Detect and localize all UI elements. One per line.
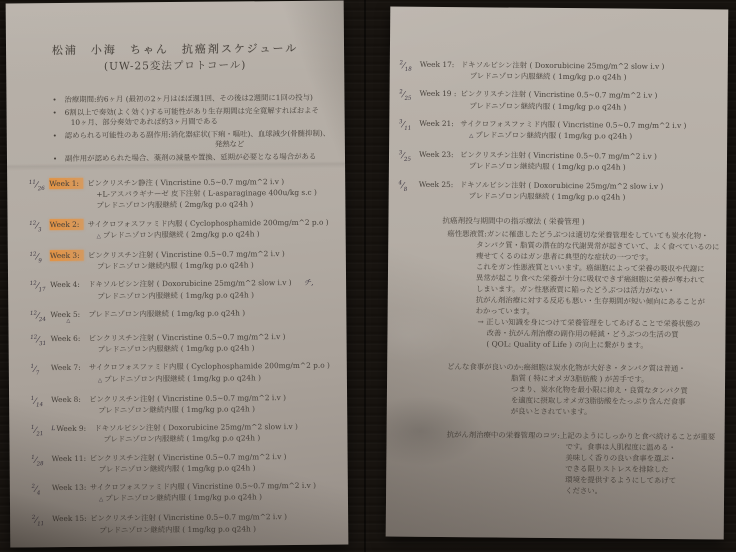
week-lines: ビンクリスチン注射 ( Vincristine 0.5~0.7 mg/m^2 i…	[90, 450, 334, 475]
handwritten-date: 12⁄9	[29, 248, 50, 268]
handwritten-date: 12⁄17	[29, 278, 50, 298]
week-entry-1: 11⁄26Week 1:ビンクリスチン静注 ( Vincristine 0.5~…	[29, 176, 331, 212]
week-line: △プレドニゾロン内服継続 ( 1mg/kg p.o q24h )	[98, 371, 333, 386]
week-label: Week 21:	[419, 118, 456, 130]
treatment-overview-bullets: •治療期間:約6ヶ月 (最初の2ヶ月はほぼ週1回、その後は2週間に1回の投与)•…	[52, 93, 331, 164]
week-label: Week 5:△	[50, 309, 84, 320]
week-line: プレドニゾロン継続内服 ( 1mg/kg p.o q24h )	[469, 100, 719, 113]
cancer-cachexia-paragraph: 癌性悪液質:ガンに罹患したどうぶつは適切な栄養管理をしていても炭水化物・タンパク…	[446, 228, 718, 351]
recommended-diet-paragraph: どんな食事が良いのか:癌細胞は炭水化物が大好き・タンパク質は普通・脂質 ( 特に…	[447, 361, 717, 418]
week-entry-3: 12⁄9Week 3:ビンクリスチン注射 ( Vincristine 0.5~0…	[30, 248, 332, 273]
week-entry-19: 2⁄25Week 19 :ビンクリスチン注射 ( Vincristine 0.5…	[399, 88, 719, 113]
week-label: Week 9:	[56, 423, 90, 434]
week-lines: ドキソルビシン注射 ( Doxorubicine 25mg/m^2 slow i…	[460, 179, 719, 204]
week-entry-4: 12⁄17Week 4:ドキソルビシン注射 ( Doxorubicine 25m…	[30, 277, 332, 302]
week-line: プレドニゾロン継続内服 ( 1mg/kg p.o q24h )	[97, 259, 332, 272]
week-line: サイクロフォスファミド内服 ( Cyclophosphamide 200mg/m…	[89, 360, 333, 373]
week-label: Week 1:	[49, 178, 83, 189]
bullet-text: 副作用が認められた場合、薬剤の減量や置換、延期が必要となる場合がある	[65, 151, 316, 164]
week-entry-11: 1⁄28Week 11:ビンクリスチン注射 ( Vincristine 0.5~…	[32, 450, 334, 475]
bullet-text: 6割以上で奏効(よく効く)する可能性があり生存期間は完全寛解すればおよそ10ヶ月…	[65, 105, 320, 128]
schedule-weeks-1-to-15: 11⁄26Week 1:ビンクリスチン静注 ( Vincristine 0.5~…	[29, 176, 334, 536]
week-label: Week 4:	[50, 279, 84, 290]
week-line: プレドニゾロン継続内服 ( 1mg/kg p.o q24h )	[99, 522, 334, 535]
bullet-dot: •	[53, 153, 65, 164]
left-page: 松浦 小海 ちゃん 抗癌剤スケジュール (UW-25変法プロトコール) •治療期…	[6, 1, 349, 548]
table-seam-line	[364, 0, 366, 552]
handwritten-date: 12⁄3	[29, 217, 50, 237]
nutrition-line: ください。	[565, 485, 716, 497]
bullet-dot: •	[52, 95, 64, 106]
week-label: Week 19 :	[420, 88, 457, 100]
document-title: 松浦 小海 ちゃん 抗癌剤スケジュール	[20, 43, 330, 58]
handwritten-date: 1⁄7	[30, 361, 51, 381]
bullet-line-2: 発熱など	[215, 139, 330, 151]
handwritten-triangle-mark: △	[99, 497, 103, 503]
week-label: Week 3:	[50, 250, 84, 261]
nutrition-line: が良いとされています。	[511, 406, 717, 419]
week-label: Week 6:	[51, 333, 85, 344]
bullet-line-2: 10ヶ月、部分奏効であれば約3ヶ月間である	[71, 116, 319, 129]
week-entry-23: 3⁄25Week 23:ビンクリスチン注射 ( Vincristine 0.5~…	[399, 149, 719, 174]
week-lines: ビンクリスチン注射 ( Vincristine 0.5~0.7 mg/m^2 i…	[90, 511, 334, 536]
week-entry-6: 12⁄31Week 6:ビンクリスチン注射 ( Vincristine 0.5~…	[31, 331, 333, 356]
bullet-text: 治療期間:約6ヶ月 (最初の2ヶ月はほぼ週1回、その後は2週間に1回の投与)	[64, 93, 313, 106]
bullet-line: 治療期間:約6ヶ月 (最初の2ヶ月はほぼ週1回、その後は2週間に1回の投与)	[64, 93, 313, 106]
week-line: プレドニゾロン内服継続 ( 1mg/kg p.o q24h )	[97, 288, 332, 301]
handwritten-date: 3⁄11	[399, 116, 420, 135]
right-page: 2⁄18Week 17:ドキソルビシン注射 ( Doxorubicine 25m…	[386, 7, 729, 540]
handwritten-triangle-mark: △	[97, 233, 101, 239]
photographed-documents-scene: 松浦 小海 ちゃん 抗癌剤スケジュール (UW-25変法プロトコール) •治療期…	[0, 0, 736, 552]
week-entry-21: 3⁄11Week 21:サイクロフォスファミド内服 ( Vincristine …	[399, 117, 719, 144]
week-label: Week 25:	[419, 178, 456, 190]
week-label: Week 13:	[52, 482, 86, 493]
bullet-item: •認められる可能性のある副作用:消化器症状(下痢・嘔吐)、血球減少(骨髄抑制)、…	[53, 128, 331, 151]
handwritten-date: 4⁄8	[398, 177, 419, 196]
week-entry-2: 12⁄3Week 2:サイクロフォスファミド内服 ( Cyclophospham…	[30, 216, 332, 243]
bullet-line: 副作用が認められた場合、薬剤の減量や置換、延期が必要となる場合がある	[65, 151, 316, 164]
week-lines: サイクロフォスファミド内服 ( Cyclophosphamide 200mg/m…	[89, 360, 333, 387]
nutrition-section-heading: 抗癌剤投与期間中の指示療法 ( 栄養管理 )	[442, 215, 718, 228]
handwritten-note: チ,	[304, 278, 314, 287]
week-lines: ビンクリスチン注射 ( Vincristine 0.5~0.7 mg/m^2 i…	[88, 248, 332, 273]
week-line: プレドニゾロン内服継続 ( 2mg/kg p.o q24h )	[96, 198, 331, 211]
week-line: △プレドニゾロン内服継続 ( 2mg/kg p.o q24h )	[97, 227, 332, 242]
bullet-dot: •	[53, 107, 65, 128]
week-lines: ビンクリスチン注射 ( Vincristine 0.5~0.7 mg/m^2 i…	[89, 391, 333, 416]
week-lines: ドキソルビシン注射 ( Doxorubicine 25mg/m^2 slow i…	[461, 59, 720, 84]
handwritten-triangle-mark: △	[469, 133, 473, 139]
week-label: Week 2:	[50, 218, 84, 229]
week-entry-9: 1⁄21LWeek 9:ドキソルビシン注射 ( Doxorubicine 25m…	[31, 421, 333, 446]
week-entry-17: 2⁄18Week 17:ドキソルビシン注射 ( Doxorubicine 25m…	[400, 59, 720, 84]
week-line: プレドニゾロン内服継続 ( 1mg/kg p.o q24h )	[98, 342, 333, 355]
handwritten-mark: L	[51, 423, 55, 434]
week-lines: プレドニゾロン内服継続 ( 1mg/kg p.o q24h )	[88, 306, 332, 319]
bullet-item: •治療期間:約6ヶ月 (最初の2ヶ月はほぼ週1回、その後は2週間に1回の投与)	[52, 93, 330, 106]
handwritten-date: 1⁄14	[30, 392, 51, 412]
week-line: サイクロフォスファミド内服 ( Cyclophosphamide 200mg/m…	[88, 216, 332, 229]
week-label: Week 8:	[51, 394, 85, 405]
handwritten-date: 11⁄26	[29, 176, 50, 196]
week-label: Week 23:	[419, 149, 456, 161]
week-line: プレドニゾロン継続内服 ( 1mg/kg p.o q24h )	[469, 161, 719, 174]
bullet-item: •6割以上で奏効(よく効く)する可能性があり生存期間は完全寛解すればおよそ10ヶ…	[53, 105, 331, 128]
week-line: ドキソルビシン注射 ( Doxorubicine 25mg/m^2 slow i…	[88, 277, 332, 290]
week-line: プレドニゾロン内服継続 ( 1mg/kg p.o q24h )	[470, 70, 720, 83]
handwritten-date: 3⁄25	[398, 147, 419, 166]
handwritten-date: 2⁄4	[31, 480, 52, 500]
week-lines: ビンクリスチン注射 ( Vincristine 0.5~0.7 mg/m^2 i…	[460, 149, 719, 174]
week-entry-15: 2⁄11Week 15:ビンクリスチン注射 ( Vincristine 0.5~…	[32, 511, 334, 536]
week-entry-8: 1⁄14Week 8:ビンクリスチン注射 ( Vincristine 0.5~0…	[31, 391, 333, 416]
bullet-text: 認められる可能性のある副作用:消化器症状(下痢・嘔吐)、血球減少(骨髄抑制)、発…	[65, 128, 330, 151]
week-entry-25: 4⁄8Week 25:ドキソルビシン注射 ( Doxorubicine 25mg…	[399, 178, 719, 203]
week-lines: サイクロフォスファミド内服 ( Cyclophosphamide 200mg/m…	[88, 216, 332, 243]
week-line: プレドニゾロン継続内服 ( 1mg/kg p.o q24h )	[99, 461, 334, 474]
week-entry-7: 1⁄7Week 7:サイクロフォスファミド内服 ( Cyclophosphami…	[31, 360, 333, 387]
week-label: Week 11:	[52, 452, 86, 463]
week-line: プレドニゾロン継続内服 ( 1mg/kg p.o q24h )	[98, 403, 333, 416]
feeding-tips-paragraph: 抗がん剤治療中の栄養管理のコツ:上記のようにしっかりと食べ続けることが重要です。…	[446, 429, 717, 497]
week-label: Week 17:	[420, 59, 457, 71]
week-entry-13: 2⁄4Week 13:サイクロフォスファミド内服 ( Vincristine 0…	[32, 480, 334, 507]
week-line: プレドニゾロン内服継続 ( 1mg/kg p.o q24h )	[469, 190, 719, 203]
week-label: Week 7:	[51, 362, 85, 373]
handwritten-triangle-mark: △	[66, 316, 70, 327]
handwritten-date: 1⁄28	[31, 451, 52, 471]
week-lines: サイクロフォスファミド内服 ( Vincristine 0.5~0.7 mg/m…	[460, 118, 719, 145]
week-entry-5: 12⁄24Week 5:△プレドニゾロン内服継続 ( 1mg/kg p.o q2…	[30, 306, 332, 326]
schedule-weeks-17-to-25: 2⁄18Week 17:ドキソルビシン注射 ( Doxorubicine 25m…	[399, 59, 720, 204]
handwritten-date: 2⁄25	[399, 87, 420, 106]
handwritten-date: 12⁄24	[30, 307, 51, 327]
handwritten-date: 2⁄18	[399, 57, 420, 76]
nutrition-line: ( QOL: Quality of Life ) の向上に繋がります。	[486, 338, 717, 351]
bullet-dot: •	[53, 130, 65, 151]
handwritten-date: 1⁄21	[31, 422, 52, 442]
week-lines: ドキソルビシン注射 ( Doxorubicine 25mg/m^2 slow i…	[88, 277, 332, 302]
week-line: △プレドニゾロン継続内服 ( 1mg/kg p.o q24h )	[469, 129, 719, 144]
week-line: プレドニゾロン内服継続 ( 1mg/kg p.o q24h )	[103, 432, 333, 445]
week-lines: ドキソルビシン注射 ( Doxorubicine 25mg/m^2 slow i…	[94, 421, 333, 445]
week-lines: ビンクリスチン注射 ( Vincristine 0.5~0.7 mg/m^2 i…	[89, 331, 333, 356]
week-lines: ビンクリスチン静注 ( Vincristine 0.5~0.7 mg/m^2 i…	[87, 176, 331, 212]
handwritten-date: 2⁄11	[31, 512, 52, 532]
document-subtitle: (UW-25変法プロトコール)	[20, 59, 330, 74]
week-label: Week 15:	[52, 513, 86, 524]
week-line: △プレドニゾロン継続内服 ( 1mg/kg p.o q24h )	[99, 491, 334, 506]
week-line: プレドニゾロン内服継続 ( 1mg/kg p.o q24h )	[88, 306, 332, 319]
bullet-item: •副作用が認められた場合、薬剤の減量や置換、延期が必要となる場合がある	[53, 151, 331, 164]
handwritten-date: 12⁄31	[30, 331, 51, 351]
handwritten-triangle-mark: △	[98, 377, 102, 383]
week-lines: ビンクリスチン注射 ( Vincristine 0.5~0.7 mg/m^2 i…	[460, 89, 719, 114]
week-lines: サイクロフォスファミド内服 ( Vincristine 0.5~0.7 mg/m…	[90, 480, 334, 507]
